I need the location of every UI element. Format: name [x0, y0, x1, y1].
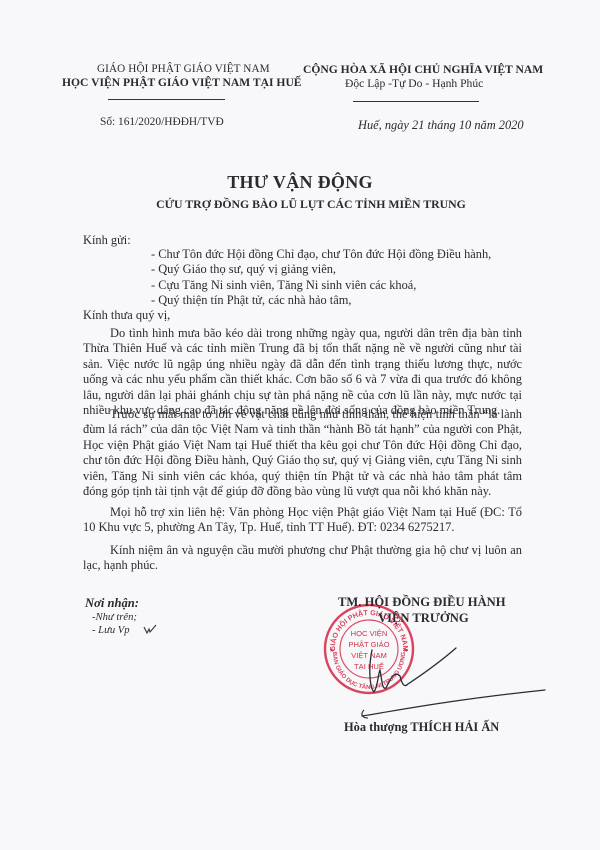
addressee-item: - Quý thiện tín Phật tử, các nhà hảo tâm… — [151, 293, 491, 308]
letter-subtitle: CỨU TRỢ ĐỒNG BÀO LŨ LỤT CÁC TỈNH MIỀN TR… — [0, 197, 600, 212]
distribution-item: - Lưu Vp — [92, 624, 137, 637]
signatory-council: TM. HỘI ĐỒNG ĐIỀU HÀNH — [338, 595, 506, 610]
document-page: GIÁO HỘI PHẬT GIÁO VIỆT NAM HỌC VIỆN PHẬ… — [0, 0, 600, 850]
body-paragraph: Kính niệm ân và nguyện cầu mười phương c… — [83, 543, 522, 574]
addressee-item: - Quý Giáo thọ sư, quý vị giảng viên, — [151, 262, 491, 277]
distribution-item: -Như trên; — [92, 611, 137, 624]
header-left-divider — [108, 99, 225, 100]
national-motto: Độc Lập -Tự Do - Hạnh Phúc — [345, 77, 483, 90]
document-date: Huế, ngày 21 tháng 10 năm 2020 — [358, 118, 524, 133]
salutation: Kính thưa quý vị, — [83, 308, 170, 323]
addressee-list: - Chư Tôn đức Hội đồng Chỉ đạo, chư Tôn … — [151, 247, 491, 309]
church-name: GIÁO HỘI PHẬT GIÁO VIỆT NAM — [97, 63, 270, 75]
seal-line: HỌC VIỆN — [351, 629, 388, 638]
addressee-item: - Cựu Tăng Ni sinh viên, Tăng Ni sinh vi… — [151, 278, 491, 293]
header-right-divider — [353, 101, 479, 102]
national-title: CỘNG HÒA XÃ HỘI CHỦ NGHĨA VIỆT NAM — [303, 63, 543, 76]
body-paragraph: Trước sự mất mát to lớn về vật chất cũng… — [83, 407, 522, 499]
document-number: Số: 161/2020/HĐĐH/TVĐ — [100, 116, 224, 128]
body-paragraph: Do tình hình mưa bão kéo dài trong những… — [83, 326, 522, 418]
body-paragraph: Mọi hỗ trợ xin liên hệ: Văn phòng Học vi… — [83, 505, 522, 536]
distribution-list: -Như trên; - Lưu Vp — [92, 611, 137, 637]
addressee-label: Kính gửi: — [83, 233, 131, 248]
addressee-item: - Chư Tôn đức Hội đồng Chỉ đạo, chư Tôn … — [151, 247, 491, 262]
initial-mark-icon — [143, 624, 157, 634]
svg-text:★: ★ — [329, 647, 334, 654]
handwritten-signature-icon — [360, 640, 560, 720]
distribution-label: Nơi nhận: — [85, 596, 139, 611]
institute-name: HỌC VIỆN PHẬT GIÁO VIỆT NAM TẠI HUẾ — [62, 76, 302, 89]
signatory-name: Hòa thượng THÍCH HẢI ẤN — [344, 720, 499, 735]
signatory-position: VIỆN TRƯỞNG — [378, 611, 469, 626]
letter-title: THƯ VẬN ĐỘNG — [0, 172, 600, 193]
